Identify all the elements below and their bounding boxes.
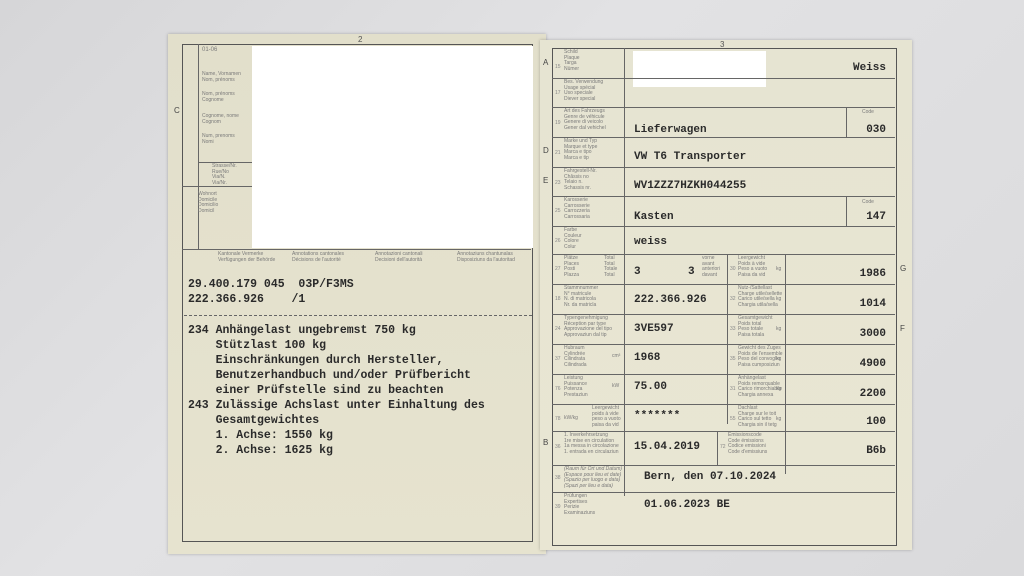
section-letter-c: C <box>174 106 180 115</box>
remark-line: Gesamtgewichtes <box>188 414 319 427</box>
remark-line: 1. Achse: 1550 kg <box>188 429 333 442</box>
seats-total-value: 3 <box>634 266 641 278</box>
vehicle-type-code: 030 <box>866 124 886 136</box>
plate-color-value: Weiss <box>853 62 886 74</box>
vehicle-type-value: Lieferwagen <box>634 124 707 136</box>
separator-line <box>184 315 532 316</box>
remark-line: Benutzerhandbuch und/oder Prüfbericht <box>188 369 471 382</box>
inspections-value: 01.06.2023 BE <box>644 499 730 511</box>
total-weight-value: 3000 <box>860 328 886 340</box>
power-value: 75.00 <box>634 381 667 393</box>
first-registration-value: 15.04.2019 <box>634 441 700 453</box>
chassis-number-value: WV1ZZZ7HZKH044255 <box>634 180 746 192</box>
section-letter-g: G <box>900 264 906 273</box>
residence-label: WohnortDomicileDomicilioDomicil <box>198 192 218 214</box>
date-code: 01-06 <box>202 48 217 54</box>
reference-number: 29.400.179 045 03P/F3MS <box>188 278 354 291</box>
section-letter-a: A <box>543 58 548 67</box>
type-approval-value: 3VE597 <box>634 323 674 335</box>
body-code: 147 <box>866 211 886 223</box>
section-letter-b: B <box>543 438 548 447</box>
empty-weight-value: 1986 <box>860 268 886 280</box>
make-model-value: VW T6 Transporter <box>634 151 746 163</box>
remark-line: einer Prüfstelle sind zu beachten <box>188 384 443 397</box>
redacted-owner-info <box>252 46 533 248</box>
section-letter-e: E <box>543 176 548 185</box>
remark-line: 243 Zulässige Achslast unter Einhaltung … <box>188 399 485 412</box>
matriculation-reference: 222.366.926 /1 <box>188 293 305 306</box>
column-number-2: 2 <box>358 35 362 44</box>
address-label: Strasse/Nr.Rue/NoVia/N.Via/Nr. <box>212 164 237 186</box>
power-ratio-value: ******* <box>634 410 680 422</box>
section-letter-d: D <box>543 146 549 155</box>
color-value: weiss <box>634 236 667 248</box>
place-date-value: Bern, den 07.10.2024 <box>644 471 776 483</box>
trailer-load-value: 2200 <box>860 388 886 400</box>
remark-line: 2. Achse: 1625 kg <box>188 444 333 457</box>
emission-code-value: B6b <box>866 445 886 457</box>
section-letter-f: F <box>900 324 905 333</box>
matriculation-value: 222.366.926 <box>634 294 707 306</box>
seats-front-value: 3 <box>688 266 695 278</box>
right-page: 3 A D E B G F 15 SchildPlaqueTargaNümer … <box>540 40 912 550</box>
roof-load-value: 100 <box>866 416 886 428</box>
remark-line: 234 Anhängelast ungebremst 750 kg <box>188 324 416 337</box>
train-weight-value: 4900 <box>860 358 886 370</box>
payload-value: 1014 <box>860 298 886 310</box>
body-value: Kasten <box>634 211 674 223</box>
remark-line: Stützlast 100 kg <box>188 339 326 352</box>
remark-line: Einschränkungen durch Hersteller, <box>188 354 443 367</box>
left-page: 2 C 01-06 Name, VornamenNom, prénoms Nom… <box>168 34 546 554</box>
redacted-plate-number <box>633 51 766 87</box>
displacement-value: 1968 <box>634 352 660 364</box>
